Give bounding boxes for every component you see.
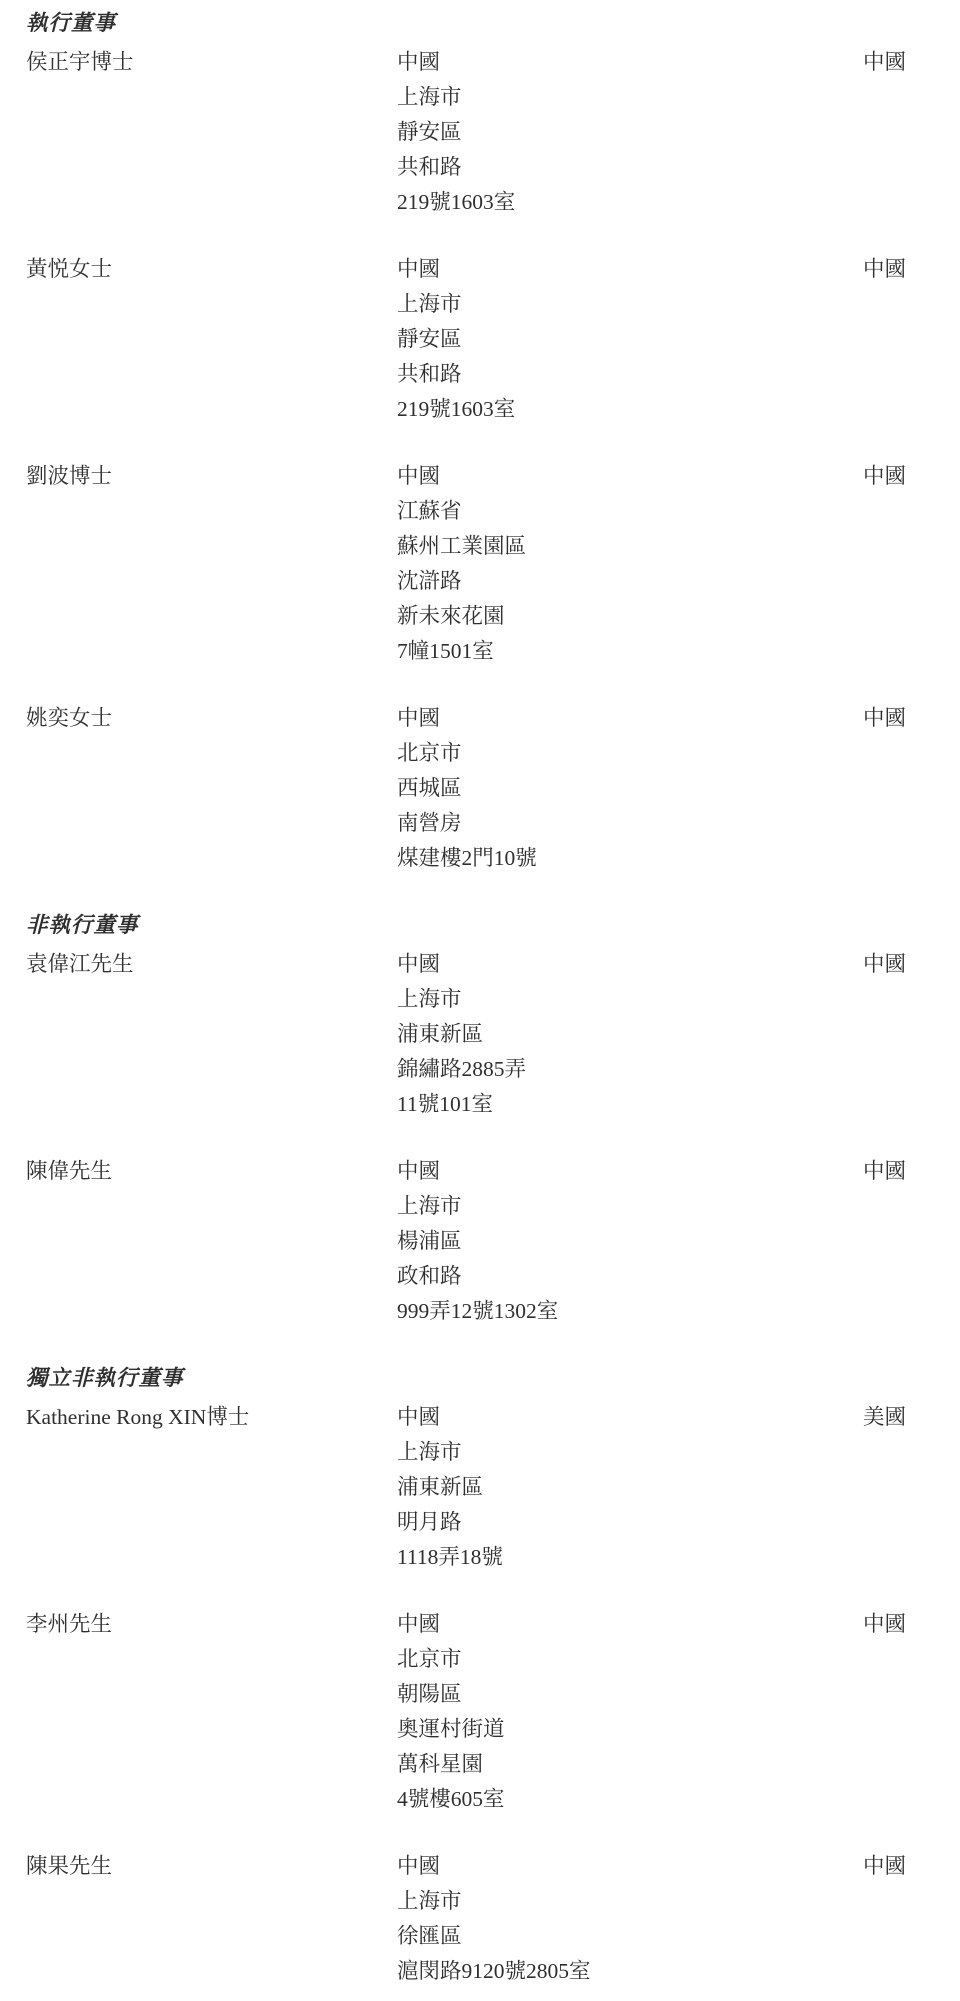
address-line: 蘇州工業園區 [397, 529, 863, 564]
section-rows: 侯正宇博士 中國上海市靜安區共和路219號1603室 中國 黃悦女士 中國上海市… [26, 45, 934, 876]
director-nationality: 中國 [863, 701, 934, 736]
address-line: 中國 [397, 1849, 863, 1884]
address-line: 浦東新區 [397, 1017, 863, 1052]
address-line: 滬閔路9120號2805室 [397, 1954, 863, 1989]
director-name: 劉波博士 [26, 459, 397, 494]
address-line: 政和路 [397, 1259, 863, 1294]
director-nationality: 中國 [863, 947, 934, 982]
address-line: 徐匯區 [397, 1919, 863, 1954]
director-nationality: 中國 [863, 1849, 934, 1884]
director-name: 袁偉江先生 [26, 947, 397, 982]
director-row: 陳果先生 中國上海市徐匯區滬閔路9120號2805室 中國 [26, 1849, 934, 1989]
director-name: 陳果先生 [26, 1849, 397, 1884]
director-row: 姚奕女士 中國北京市西城區南營房煤建樓2門10號 中國 [26, 701, 934, 876]
address-line: 奧運村街道 [397, 1712, 863, 1747]
address-line: 上海市 [397, 1189, 863, 1224]
address-line: 中國 [397, 1154, 863, 1189]
directors-section: 執行董事 侯正宇博士 中國上海市靜安區共和路219號1603室 中國 黃悦女士 … [26, 6, 934, 876]
address-line: 中國 [397, 45, 863, 80]
address-line: 靜安區 [397, 322, 863, 357]
director-row: 侯正宇博士 中國上海市靜安區共和路219號1603室 中國 [26, 45, 934, 220]
address-line: 上海市 [397, 287, 863, 322]
address-line: 江蘇省 [397, 494, 863, 529]
address-line: 999弄12號1302室 [397, 1294, 863, 1329]
director-nationality: 中國 [863, 252, 934, 287]
directors-section: 非執行董事 袁偉江先生 中國上海市浦東新區錦繡路2885弄11號101室 中國 … [26, 908, 934, 1329]
address-line: 上海市 [397, 982, 863, 1017]
address-line: 中國 [397, 459, 863, 494]
director-address: 中國上海市浦東新區明月路1118弄18號 [397, 1400, 863, 1575]
address-line: 北京市 [397, 736, 863, 771]
director-nationality: 美國 [863, 1400, 934, 1435]
director-row: 陳偉先生 中國上海市楊浦區政和路999弄12號1302室 中國 [26, 1154, 934, 1329]
director-nationality: 中國 [863, 45, 934, 80]
address-line: 219號1603室 [397, 392, 863, 427]
director-nationality: 中國 [863, 459, 934, 494]
address-line: 萬科星園 [397, 1747, 863, 1782]
director-address: 中國北京市朝陽區奧運村街道萬科星園4號樓605室 [397, 1607, 863, 1817]
address-line: 共和路 [397, 357, 863, 392]
director-address: 中國江蘇省蘇州工業園區沈滸路新未來花園7幢1501室 [397, 459, 863, 669]
directors-page: 執行董事 侯正宇博士 中國上海市靜安區共和路219號1603室 中國 黃悦女士 … [0, 0, 960, 1989]
address-line: 上海市 [397, 80, 863, 115]
directors-section: 獨立非執行董事 Katherine Rong XIN博士 中國上海市浦東新區明月… [26, 1361, 934, 1989]
address-line: 中國 [397, 1400, 863, 1435]
address-line: 西城區 [397, 771, 863, 806]
address-line: 浦東新區 [397, 1470, 863, 1505]
address-line: 共和路 [397, 150, 863, 185]
director-row: Katherine Rong XIN博士 中國上海市浦東新區明月路1118弄18… [26, 1400, 934, 1575]
address-line: 中國 [397, 947, 863, 982]
address-line: 明月路 [397, 1505, 863, 1540]
director-nationality: 中國 [863, 1154, 934, 1189]
address-line: 上海市 [397, 1435, 863, 1470]
section-header: 非執行董事 [26, 908, 934, 943]
director-address: 中國上海市浦東新區錦繡路2885弄11號101室 [397, 947, 863, 1122]
address-line: 中國 [397, 701, 863, 736]
director-row: 黃悦女士 中國上海市靜安區共和路219號1603室 中國 [26, 252, 934, 427]
director-row: 劉波博士 中國江蘇省蘇州工業園區沈滸路新未來花園7幢1501室 中國 [26, 459, 934, 669]
address-line: 11號101室 [397, 1087, 863, 1122]
director-address: 中國上海市徐匯區滬閔路9120號2805室 [397, 1849, 863, 1989]
director-nationality: 中國 [863, 1607, 934, 1642]
address-line: 上海市 [397, 1884, 863, 1919]
director-row: 袁偉江先生 中國上海市浦東新區錦繡路2885弄11號101室 中國 [26, 947, 934, 1122]
address-line: 錦繡路2885弄 [397, 1052, 863, 1087]
director-name: 侯正宇博士 [26, 45, 397, 80]
address-line: 1118弄18號 [397, 1540, 863, 1575]
section-rows: 袁偉江先生 中國上海市浦東新區錦繡路2885弄11號101室 中國 陳偉先生 中… [26, 947, 934, 1329]
director-name: 陳偉先生 [26, 1154, 397, 1189]
address-line: 南營房 [397, 806, 863, 841]
address-line: 楊浦區 [397, 1224, 863, 1259]
address-line: 219號1603室 [397, 185, 863, 220]
director-name: Katherine Rong XIN博士 [26, 1400, 397, 1435]
address-line: 4號樓605室 [397, 1782, 863, 1817]
director-name: 李州先生 [26, 1607, 397, 1642]
address-line: 7幢1501室 [397, 634, 863, 669]
address-line: 靜安區 [397, 115, 863, 150]
section-rows: Katherine Rong XIN博士 中國上海市浦東新區明月路1118弄18… [26, 1400, 934, 1989]
address-line: 中國 [397, 252, 863, 287]
director-row: 李州先生 中國北京市朝陽區奧運村街道萬科星園4號樓605室 中國 [26, 1607, 934, 1817]
address-line: 中國 [397, 1607, 863, 1642]
director-name: 姚奕女士 [26, 701, 397, 736]
address-line: 北京市 [397, 1642, 863, 1677]
section-header: 執行董事 [26, 6, 934, 41]
director-address: 中國上海市靜安區共和路219號1603室 [397, 45, 863, 220]
director-address: 中國上海市楊浦區政和路999弄12號1302室 [397, 1154, 863, 1329]
section-header: 獨立非執行董事 [26, 1361, 934, 1396]
address-line: 朝陽區 [397, 1677, 863, 1712]
address-line: 沈滸路 [397, 564, 863, 599]
address-line: 煤建樓2門10號 [397, 841, 863, 876]
director-name: 黃悦女士 [26, 252, 397, 287]
address-line: 新未來花園 [397, 599, 863, 634]
director-address: 中國上海市靜安區共和路219號1603室 [397, 252, 863, 427]
directors-sections: 執行董事 侯正宇博士 中國上海市靜安區共和路219號1603室 中國 黃悦女士 … [26, 6, 934, 1989]
director-address: 中國北京市西城區南營房煤建樓2門10號 [397, 701, 863, 876]
